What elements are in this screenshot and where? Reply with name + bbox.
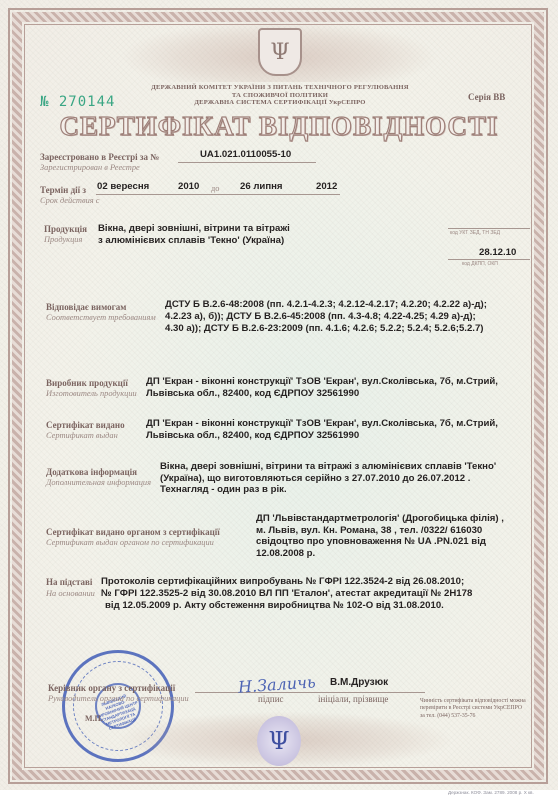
code-underline-1 [448, 228, 530, 229]
basis-line-1: Протоколів сертифікаційних випробувань №… [101, 576, 464, 588]
certificate-series: Серія ВВ [468, 92, 505, 102]
additional-info-line: Вікна, двері зовнішні, вітрини та вітраж… [160, 461, 496, 473]
basis-line-3: від 12.05.2009 р. Акту обстеження виробн… [105, 600, 444, 612]
product-label: Продукція [44, 224, 87, 235]
additional-info-label: Додаткова інформація [46, 467, 137, 478]
additional-info-label-ru: Дополнительная информация [46, 478, 151, 488]
issued-to-details: ДП 'Екран - віконні конструкції' ТзОВ 'Е… [146, 418, 498, 441]
name-caption: ініціали, прізвище [318, 694, 388, 705]
manufacturer-label-ru: Изготовитель продукции [46, 389, 137, 399]
trident-icon: Ψ [258, 28, 302, 76]
requirements-label: Відповідає вимогам [46, 302, 126, 313]
signature-underline [195, 692, 425, 693]
signatory-role-label-ru: Руководитель органа по сертификации [48, 694, 189, 704]
additional-info-line: Технагляд - один раз в рік. [160, 484, 496, 496]
validity-label: Термін дії з [40, 185, 86, 196]
additional-info-line: (Україна), що виготовляються серійно з 2… [160, 473, 496, 485]
product-description: Вікна, двері зовнішні, вітрини та вітраж… [98, 223, 290, 246]
manufacturer-line: Львівська обл., 82400, код ЄДРПОУ 325619… [146, 388, 498, 400]
validity-to-word: до [211, 184, 219, 194]
additional-info-text: Вікна, двері зовнішні, вітрини та вітраж… [160, 461, 496, 496]
validity-underline [96, 194, 340, 195]
requirements-line-2: 4.2.23 а), б)); ДСТУ Б В.2.6-45:2008 (пп… [165, 311, 476, 323]
product-line: Вікна, двері зовнішні, вітрини та вітраж… [98, 223, 290, 235]
issuing-agency: ДЕРЖАВНИЙ КОМІТЕТ УКРАЇНИ З ПИТАНЬ ТЕХНІ… [130, 84, 430, 107]
document-title: СЕРТИФІКАТ ВІДПОВІДНОСТІ [40, 111, 518, 142]
code-underline-2 [448, 259, 530, 260]
issued-to-label-ru: Сертификат выдан [46, 431, 118, 441]
requirements-label-ru: Соответствует требованиям [46, 313, 156, 323]
verification-line: перевірити в Реєстрі системи УкрСЕПРО [420, 705, 540, 712]
code-label-uktzed: код УКТ ЗЕД, ТН ЗЕД [450, 230, 500, 236]
signatory-name: В.М.Друзюк [330, 677, 388, 689]
manufacturer-details: ДП 'Екран - віконні конструкції' ТзОВ 'Е… [146, 376, 498, 399]
registry-number: UA1.021.0110055-10 [200, 149, 291, 161]
verification-line: за тел. (044) 537-35-76 [420, 713, 540, 720]
registry-label-ru: Зарегистрирован в Реестре [40, 163, 140, 173]
certification-body-line: ДП 'Львівстандартметрологія' (Дрогобицьк… [256, 513, 504, 525]
agency-line: ДЕРЖАВНА СИСТЕМА СЕРТИФІКАЦІЇ УкрСЕПРО [130, 99, 430, 107]
product-label-ru: Продукция [44, 235, 82, 245]
certification-body-line: 12.08.2008 р. [256, 548, 504, 560]
valid-from-date: 02 вересня [97, 181, 149, 193]
certification-body-label-ru: Сертификат выдан органом по сертификации [46, 538, 214, 548]
manufacturer-label: Виробник продукції [46, 378, 128, 389]
valid-to-date: 26 липня [240, 181, 283, 193]
certification-body-label: Сертифікат видано органом з сертифікації [46, 527, 220, 538]
requirements-line-3: 4.30 а)); ДСТУ Б В.2.6-23:2009 (пп. 4.1.… [165, 323, 483, 335]
code-label-dkpp: код ДКПП, ОКП [462, 261, 498, 267]
valid-to-year: 2012 [316, 181, 337, 193]
basis-label: На підставі [46, 577, 92, 588]
agency-line: ДЕРЖАВНИЙ КОМІТЕТ УКРАЇНИ З ПИТАНЬ ТЕХНІ… [130, 84, 430, 92]
certification-body-line: свідоцтво про уповноваження № UA .PN.021… [256, 536, 504, 548]
registry-underline [178, 162, 316, 163]
trident-icon: Ψ [257, 716, 301, 766]
verification-note: Чинність сертифіката відповідності можна… [420, 698, 540, 720]
certification-body-details: ДП 'Львівстандартметрологія' (Дрогобицьк… [256, 513, 504, 559]
agency-line: ТА СПОЖИВЧОЇ ПОЛІТИКИ [130, 92, 430, 100]
requirements-line-1: ДСТУ Б В.2.6-48:2008 (пп. 4.2.1-4.2.3; 4… [165, 299, 487, 311]
issued-to-label: Сертифікат видано [46, 420, 125, 431]
product-code: 28.12.10 [479, 247, 516, 259]
issued-to-line: Львівська обл., 82400, код ЄДРПОУ 325619… [146, 430, 498, 442]
manufacturer-line: ДП 'Екран - віконні конструкції' ТзОВ 'Е… [146, 376, 498, 388]
product-line: з алюмінієвих сплавів 'Текно' (Україна) [98, 235, 290, 247]
signature-caption: підпис [258, 694, 284, 705]
certificate-number: № 270144 [40, 94, 115, 110]
verification-line: Чинність сертифіката відповідності можна [420, 698, 540, 705]
validity-label-ru: Срок действия с [40, 196, 100, 206]
seal-place-label: М.П. [85, 713, 103, 724]
printer-imprint: Держзнак. КОФ. Зам. 2789. 2008 р. Х кв. [448, 790, 534, 795]
basis-label-ru: На основании [46, 589, 95, 599]
certification-body-line: м. Львів, вул. Кн. Романа, 38 , тел. /03… [256, 525, 504, 537]
registry-label: Зареєстровано в Реєстрі за № [40, 152, 159, 163]
valid-from-year: 2010 [178, 181, 199, 193]
signatory-role-label: Керівник органу з сертифікації [48, 683, 175, 694]
basis-line-2: № ГФРІ 122.3525-2 від 30.08.2010 ВЛ ПП '… [101, 588, 472, 600]
issued-to-line: ДП 'Екран - віконні конструкції' ТзОВ 'Е… [146, 418, 498, 430]
